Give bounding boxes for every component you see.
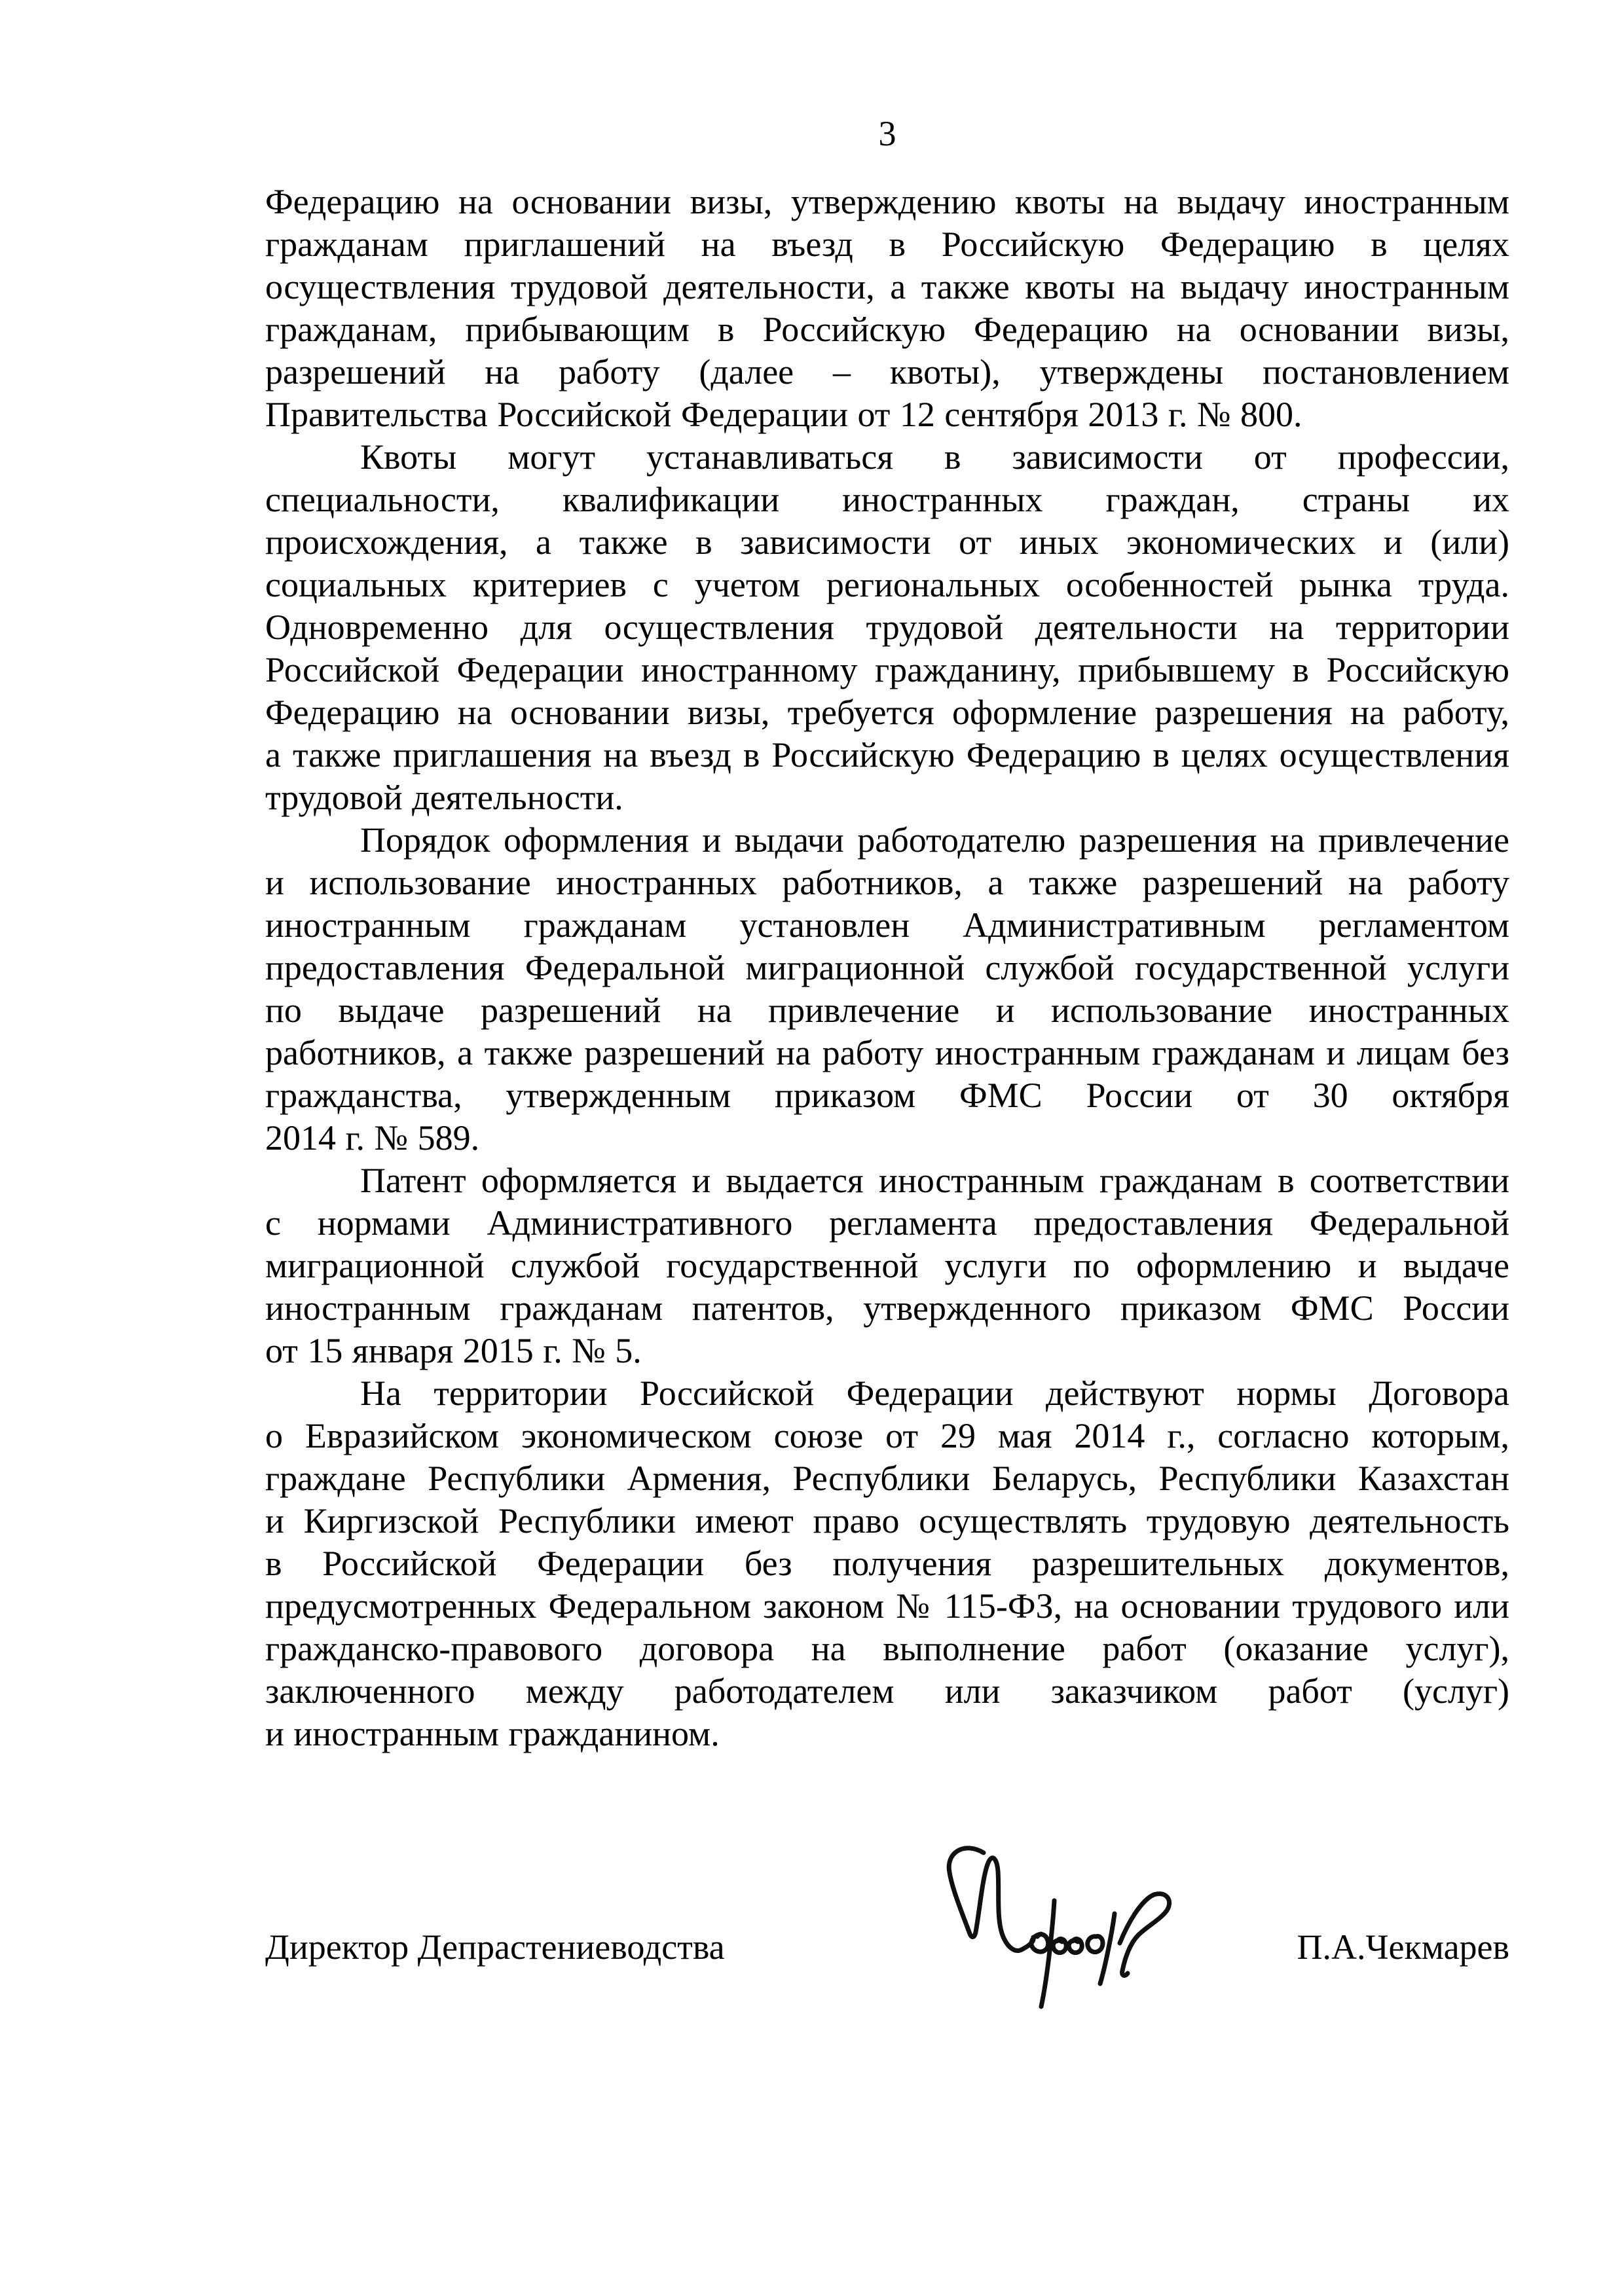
text-line: миграционной службой государственной усл… xyxy=(265,1245,1509,1287)
text-line: в Российской Федерации без получения раз… xyxy=(265,1542,1509,1585)
text-line: предусмотренных Федеральном законом № 11… xyxy=(265,1585,1509,1628)
signer-position-title: Директор Депрастениеводства xyxy=(265,1926,725,1969)
text-line: работников, а также разрешений на работу… xyxy=(265,1032,1509,1074)
text-line: по выдаче разрешений на привлечение и ис… xyxy=(265,989,1509,1032)
signer-name: П.А.Чекмарев xyxy=(1297,1926,1509,1969)
text-line: гражданам приглашений на въезд в Российс… xyxy=(265,223,1509,266)
text-line: осуществления трудовой деятельности, а т… xyxy=(265,266,1509,308)
text-line: Порядок оформления и выдачи работодателю… xyxy=(265,819,1509,862)
text-line: иностранным гражданам патентов, утвержде… xyxy=(265,1287,1509,1330)
text-line: На территории Российской Федерации дейст… xyxy=(265,1372,1509,1415)
page-number: 3 xyxy=(265,113,1509,155)
text-line: 2014 г. № 589. xyxy=(265,1117,1509,1159)
text-line: и использование иностранных работников, … xyxy=(265,862,1509,904)
text-line: а также приглашения на въезд в Российску… xyxy=(265,734,1509,776)
text-line: граждане Республики Армения, Республики … xyxy=(265,1457,1509,1500)
text-line: и Киргизской Республики имеют право осущ… xyxy=(265,1500,1509,1542)
text-line: предоставления Федеральной миграционной … xyxy=(265,947,1509,989)
text-line: заключенного между работодателем или зак… xyxy=(265,1670,1509,1713)
text-line: Правительства Российской Федерации от 12… xyxy=(265,393,1509,436)
document-page: 3 Федерацию на основании визы, утвержден… xyxy=(0,0,1624,2296)
paragraph: Квоты могут устанавливаться в зависимост… xyxy=(265,436,1509,819)
text-line: происхождения, а также в зависимости от … xyxy=(265,521,1509,564)
text-line: Российской Федерации иностранному гражда… xyxy=(265,649,1509,691)
paragraph: Федерацию на основании визы, утверждению… xyxy=(265,181,1509,436)
text-line: гражданам, прибывающим в Российскую Феде… xyxy=(265,308,1509,351)
text-line: Квоты могут устанавливаться в зависимост… xyxy=(265,436,1509,479)
text-line: гражданско-правового договора на выполне… xyxy=(265,1628,1509,1670)
text-line: Одновременно для осуществления трудовой … xyxy=(265,606,1509,649)
text-block: Федерацию на основании визы, утверждению… xyxy=(265,181,1509,1755)
text-line: с нормами Административного регламента п… xyxy=(265,1202,1509,1245)
text-line: от 15 января 2015 г. № 5. xyxy=(265,1330,1509,1372)
text-line: разрешений на работу (далее – квоты), ут… xyxy=(265,351,1509,393)
text-line: гражданства, утвержденным приказом ФМС Р… xyxy=(265,1074,1509,1117)
text-line: трудовой деятельности. xyxy=(265,776,1509,819)
text-line: и иностранным гражданином. xyxy=(265,1713,1509,1755)
text-line: Патент оформляется и выдается иностранны… xyxy=(265,1159,1509,1202)
text-line: специальности, квалификации иностранных … xyxy=(265,479,1509,521)
paragraph: Порядок оформления и выдачи работодателю… xyxy=(265,819,1509,1159)
text-line: о Евразийском экономическом союзе от 29 … xyxy=(265,1415,1509,1457)
text-line: иностранным гражданам установлен Админис… xyxy=(265,904,1509,947)
text-line: социальных критериев с учетом региональн… xyxy=(265,564,1509,606)
paragraph: Патент оформляется и выдается иностранны… xyxy=(265,1159,1509,1372)
text-line: Федерацию на основании визы, требуется о… xyxy=(265,691,1509,734)
signature-block: Директор Депрастениеводства П.А.Чекмарев xyxy=(265,1926,1509,1969)
text-line: Федерацию на основании визы, утверждению… xyxy=(265,181,1509,223)
paragraph: На территории Российской Федерации дейст… xyxy=(265,1372,1509,1755)
